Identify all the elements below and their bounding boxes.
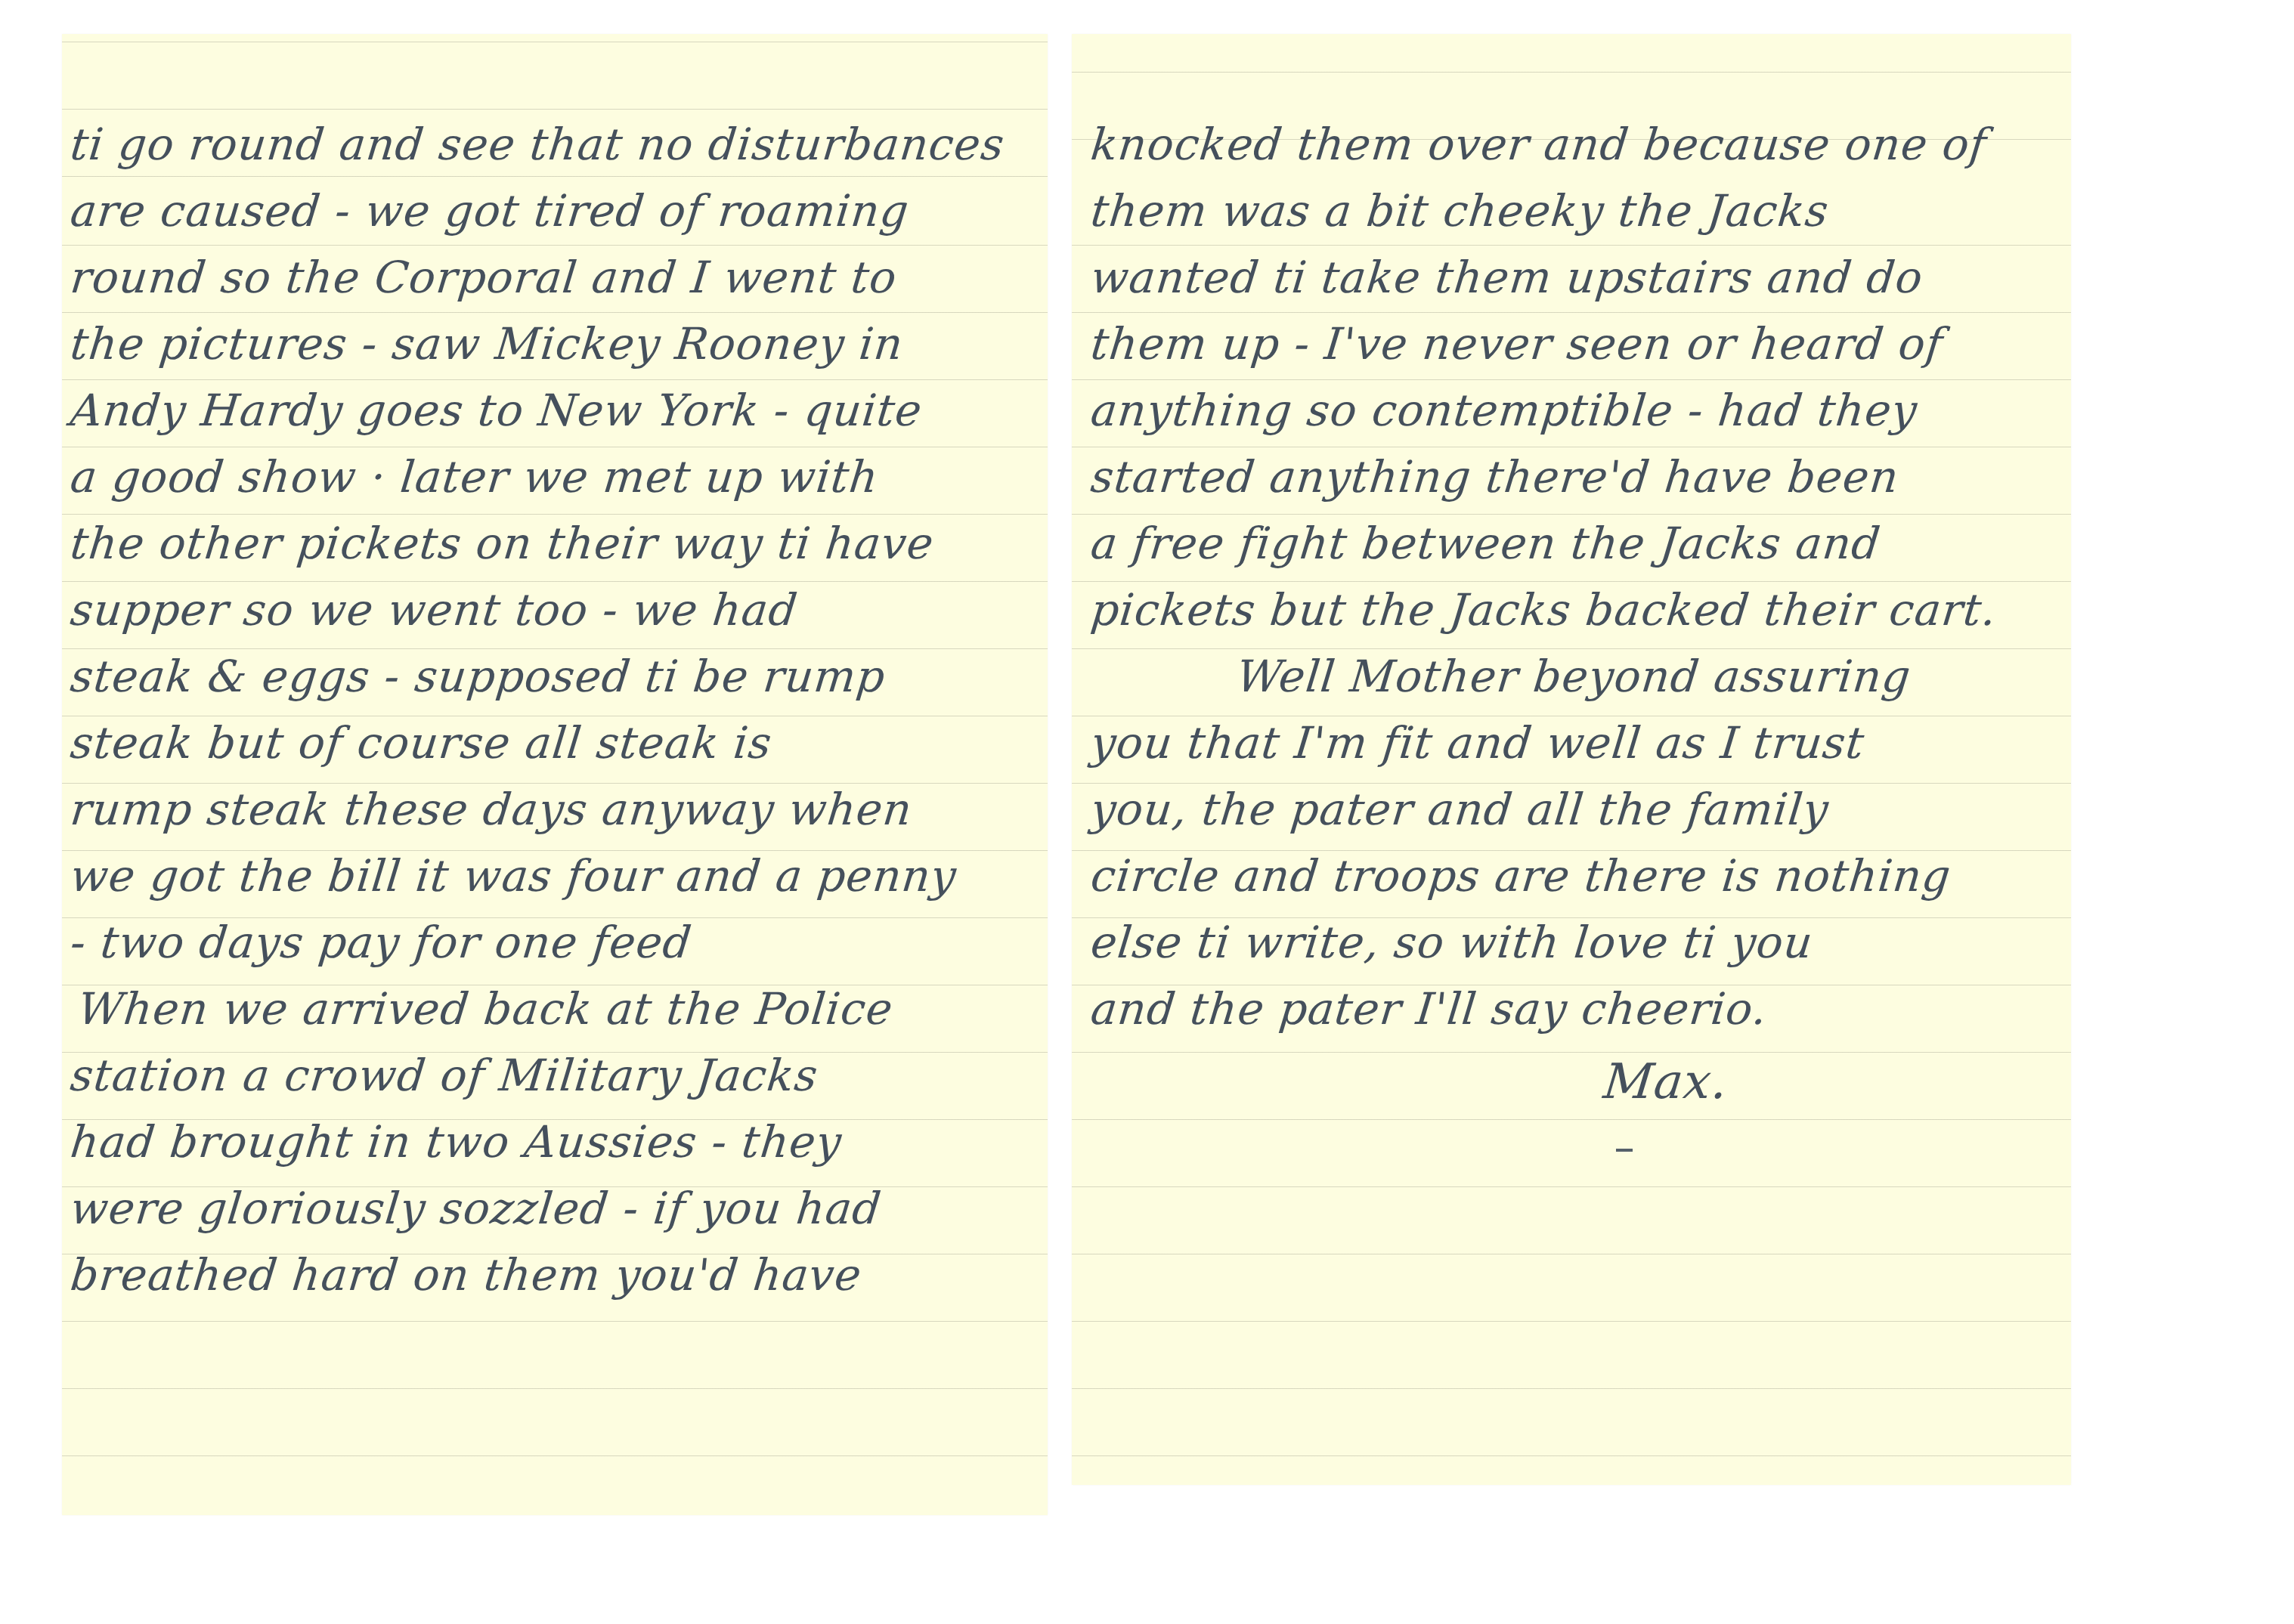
text-line-with-correction: a good show · later we met up with <box>68 451 881 503</box>
text-line: circle and troops are there is nothing <box>1088 850 1954 902</box>
signature: Max. <box>1601 1054 1731 1110</box>
text-line: anything so contemptible - had they <box>1088 385 1920 436</box>
text-segment: a good show · later we met up with <box>68 451 881 503</box>
underline-mark <box>1616 1149 1633 1152</box>
text-line: a free fight between the Jacks and <box>1088 518 1884 569</box>
text-line: rump steak these days anyway when <box>68 784 915 835</box>
text-line: you, the pater and all the family <box>1088 784 1831 835</box>
text-line: Andy Hardy goes to New York - quite <box>68 385 925 436</box>
text-line: were gloriously sozzled - if you had <box>68 1183 884 1234</box>
text-line: we got the bill it was four and a penny <box>68 850 959 902</box>
letter-page-left: ti go round and see that no disturbances… <box>62 34 1048 1515</box>
text-line: wanted ti take them upstairs and do <box>1088 252 1926 303</box>
text-line: steak but of course all steak is <box>68 717 775 769</box>
text-line: the other pickets on their way ti have <box>68 518 936 569</box>
text-line: steak & eggs - supposed ti be rump <box>68 651 888 702</box>
text-line: and the pater I'll say cheerio. <box>1088 983 1770 1035</box>
text-line: else ti write, so with love ti you <box>1088 917 1816 968</box>
text-line: station a crowd of Military Jacks <box>68 1050 821 1101</box>
text-line: started anything there'd have been <box>1088 451 1902 503</box>
paragraph-start-line: Well Mother beyond assuring <box>1234 651 1914 702</box>
text-line: When we arrived back at the Police <box>76 983 896 1035</box>
text-line: you that I'm fit and well as I trust <box>1088 717 1867 769</box>
text-line: pickets but the Jacks backed their cart. <box>1088 584 1999 636</box>
text-line: - two days pay for one feed <box>68 917 695 968</box>
text-line: had brought in two Aussies - they <box>68 1116 844 1168</box>
text-line: ti go round and see that no disturbances <box>68 119 1007 170</box>
text-line: the pictures - saw Mickey Rooney in <box>68 318 906 370</box>
text-line: knocked them over and because one of <box>1088 119 1989 170</box>
text-line: are caused - we got tired of roaming <box>68 185 912 237</box>
text-line: them up - I've never seen or heard of <box>1088 318 1946 370</box>
text-line: breathed hard on them you'd have <box>68 1249 864 1301</box>
letter-page-right: knocked them over and because one of the… <box>1072 34 2071 1485</box>
text-line: round so the Corporal and I went to <box>68 252 899 303</box>
text-line: supper so we went too - we had <box>68 584 800 636</box>
text-line: them was a bit cheeky the Jacks <box>1088 185 1831 237</box>
